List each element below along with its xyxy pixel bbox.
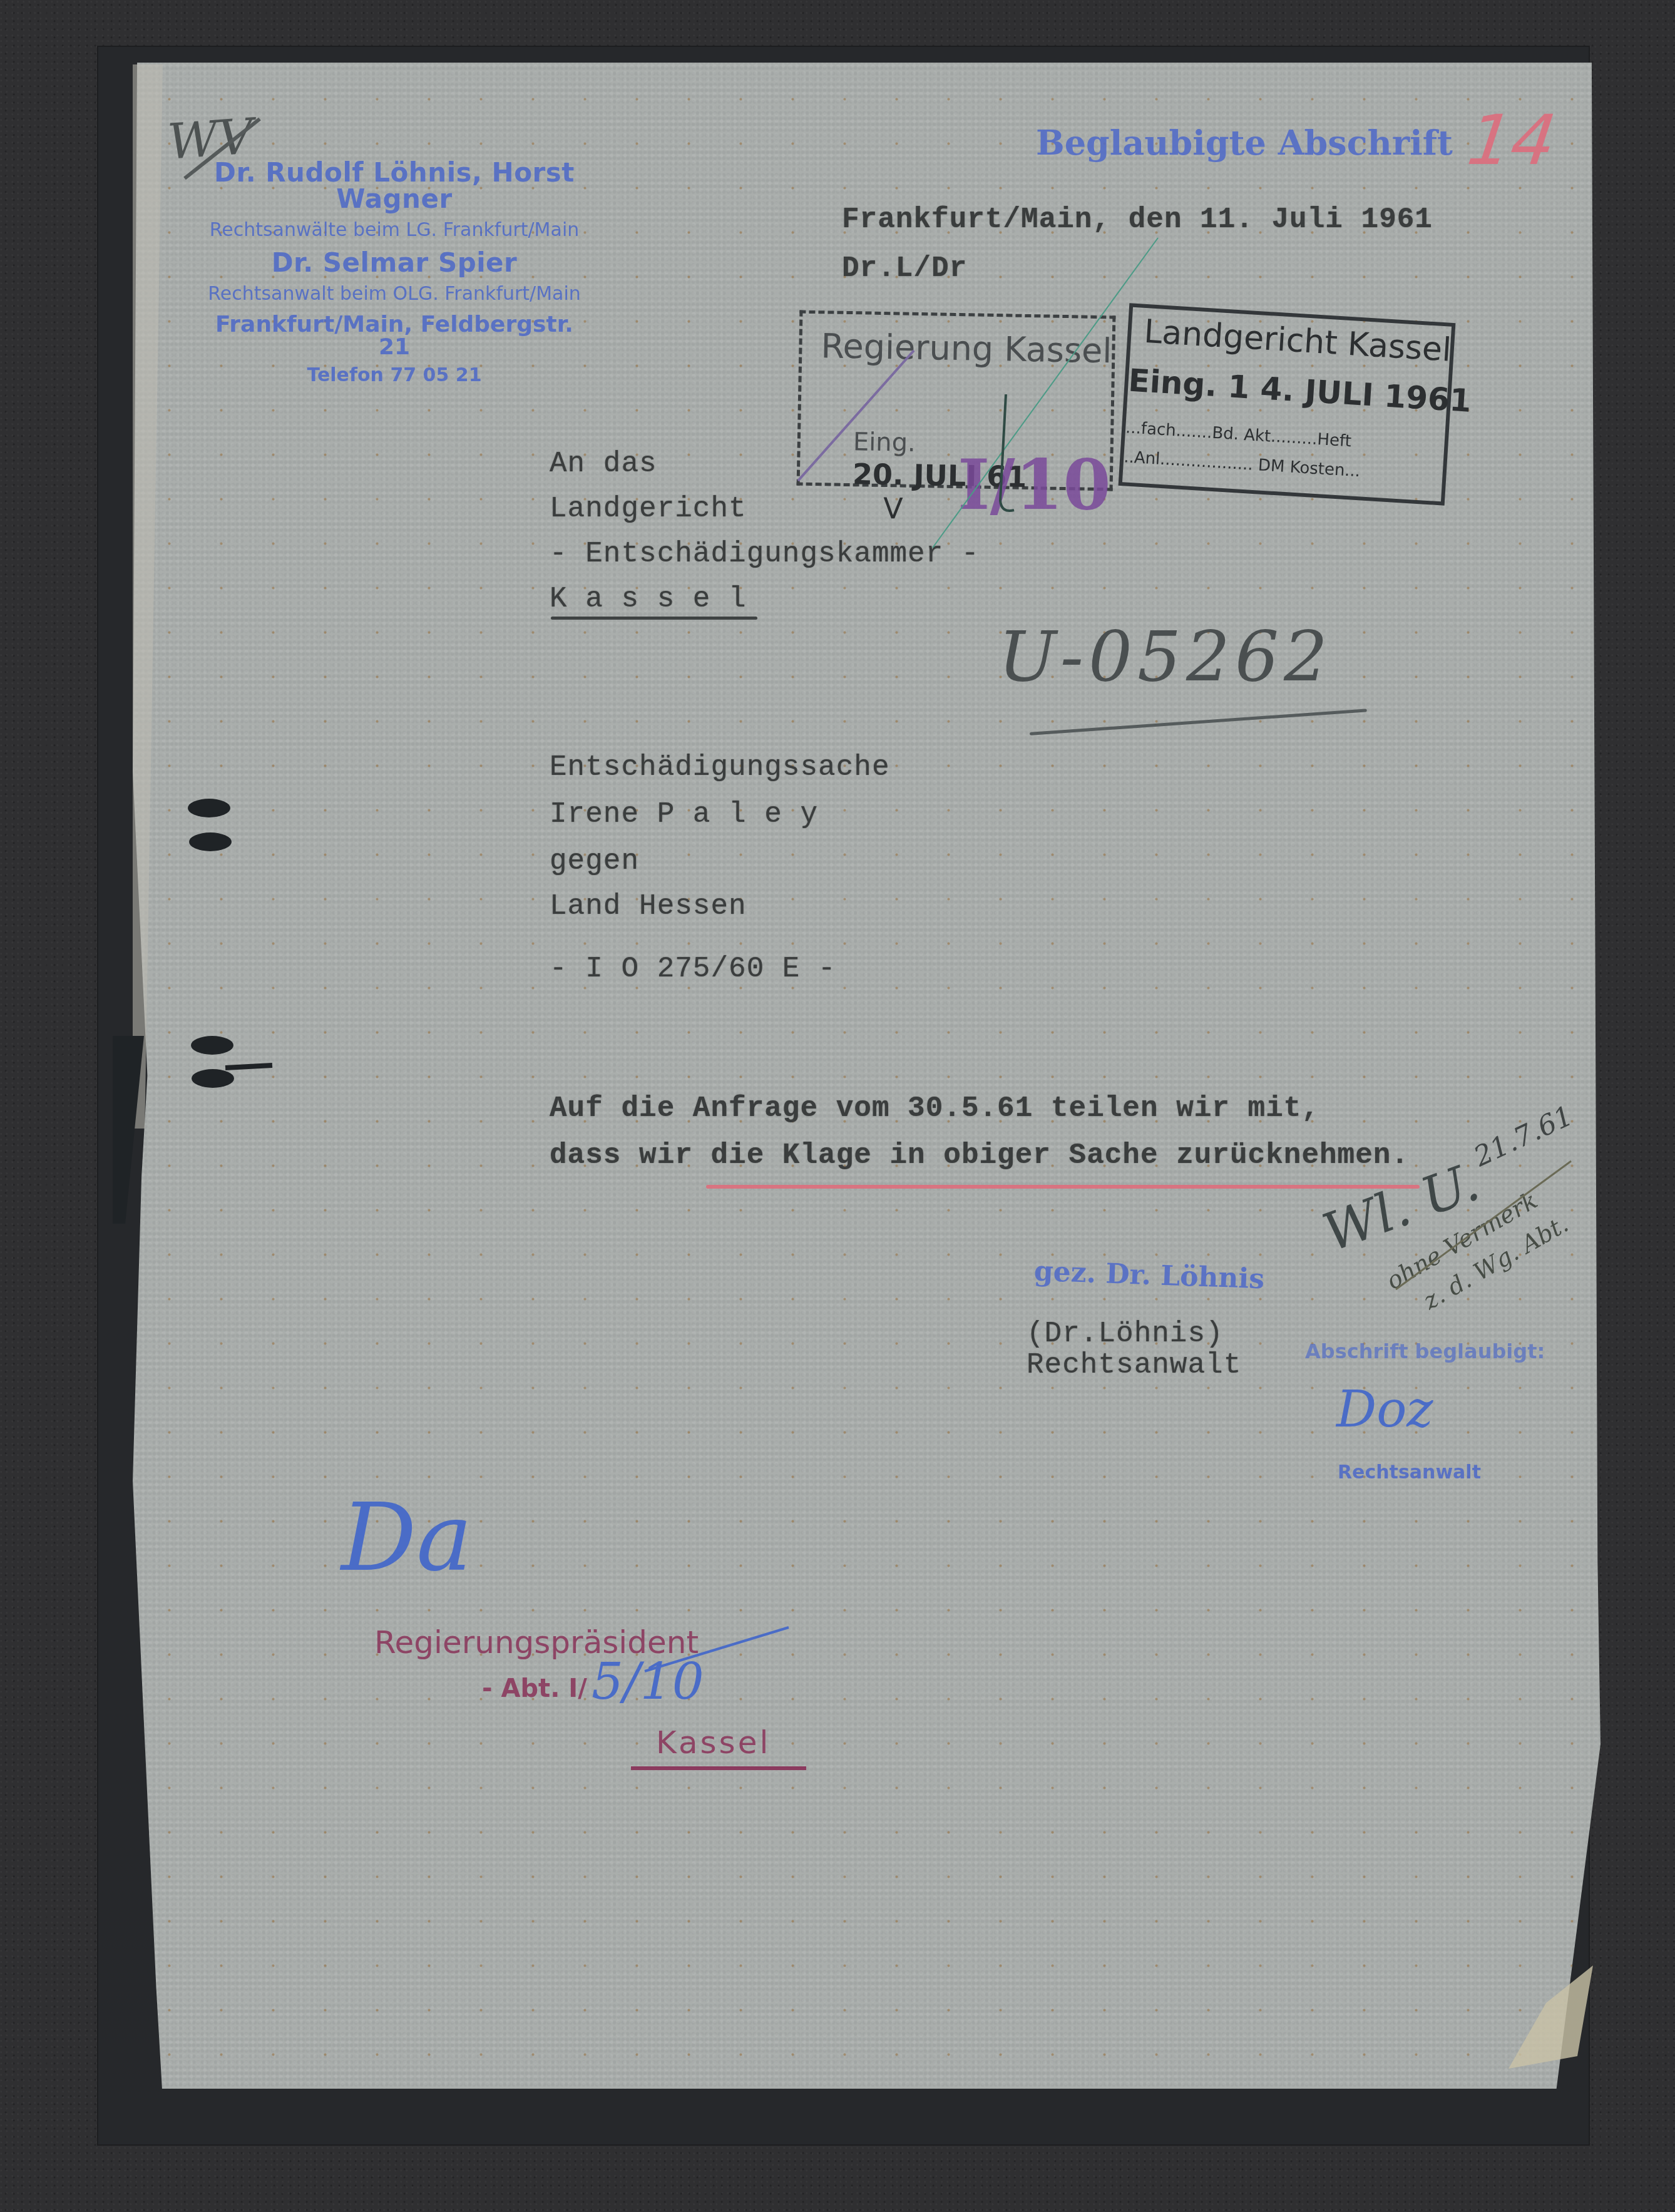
certifier-title-stamp: Rechtsanwalt bbox=[1338, 1462, 1481, 1483]
recipient-line-2: Landgericht bbox=[550, 493, 747, 525]
blue-initials: Da bbox=[341, 1483, 473, 1592]
punch-hole bbox=[192, 1069, 234, 1088]
certifier-signature: Doz bbox=[1336, 1380, 1433, 1438]
place-date: Frankfurt/Main, den 11. Juli 1961 bbox=[842, 203, 1433, 236]
certified-copy-stamp: Beglaubigte Abschrift bbox=[1036, 123, 1453, 163]
letterhead-phone: Telefon 77 05 21 bbox=[200, 366, 588, 385]
punch-hole bbox=[189, 832, 232, 851]
case-defendant: Land Hessen bbox=[550, 890, 747, 923]
stamp-eing-label: Eing. bbox=[853, 428, 916, 458]
handwritten-file-number: U-05262 bbox=[998, 617, 1333, 697]
purple-ink-mark: I/10 bbox=[958, 444, 1111, 525]
punch-hole bbox=[188, 799, 230, 817]
letterhead-address: Frankfurt/Main, Feldbergstr. 21 bbox=[200, 314, 588, 359]
body-line-2: dass wir die Klage in obiger Sache zurüc… bbox=[550, 1139, 1409, 1172]
recipient-line-4: K a s s e l bbox=[550, 583, 747, 615]
signer-title: Rechtsanwalt bbox=[1027, 1349, 1241, 1381]
recipient-line-3: - Entschädigungskammer - bbox=[550, 538, 980, 570]
letterhead-court-1: Rechtsanwälte beim LG. Frankfurt/Main bbox=[200, 221, 588, 240]
case-versus: gegen bbox=[550, 845, 639, 878]
regierungspraesident-stamp-line-3: Kassel bbox=[656, 1724, 771, 1761]
recipient-line-1: An das bbox=[550, 448, 657, 480]
reference-code: Dr.L/Dr bbox=[842, 252, 967, 285]
letterhead-partner-2: Dr. Selmar Spier bbox=[200, 250, 588, 276]
blue-handwritten-number: 5/10 bbox=[592, 1652, 704, 1711]
case-number: - I O 275/60 E - bbox=[550, 953, 836, 985]
letterhead-stamp: Dr. Rudolf Löhnis, Horst Wagner Rechtsan… bbox=[200, 160, 588, 385]
regierungspraesident-stamp-line-2: - Abt. I/ bbox=[482, 1674, 587, 1703]
red-pencil-underline bbox=[706, 1185, 1420, 1189]
case-title: Entschädigungssache bbox=[550, 751, 890, 784]
received-stamp-landgericht: Landgericht Kassel Eing. 1 4. JULI 1961 … bbox=[1119, 303, 1456, 505]
body-line-1: Auf die Anfrage vom 30.5.61 teilen wir m… bbox=[550, 1092, 1319, 1125]
case-plaintiff: Irene P a l e y bbox=[550, 798, 818, 831]
punch-hole bbox=[191, 1036, 233, 1055]
stamp-suffix: V bbox=[883, 491, 903, 526]
signer-name: (Dr.Löhnis) bbox=[1027, 1318, 1224, 1350]
red-stamp-underline bbox=[631, 1766, 806, 1770]
letterhead-partners: Dr. Rudolf Löhnis, Horst Wagner bbox=[200, 160, 588, 212]
recipient-underline bbox=[551, 617, 757, 620]
letterhead-court-2: Rechtsanwalt beim OLG. Frankfurt/Main bbox=[200, 285, 588, 304]
certification-stamp: Abschrift beglaubigt: bbox=[1305, 1339, 1545, 1363]
